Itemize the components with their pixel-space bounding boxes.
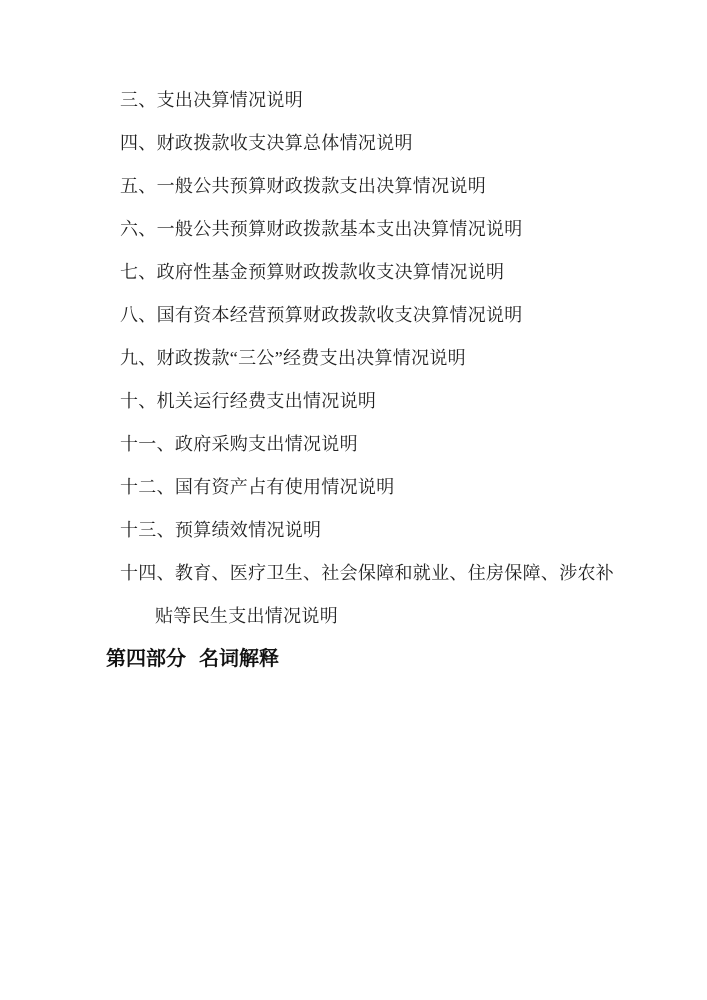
- document-page: 三、支出决算情况说明 四、财政拨款收支决算总体情况说明 五、一般公共预算财政拨款…: [0, 0, 707, 1000]
- toc-item: 十一、政府采购支出情况说明: [0, 423, 707, 466]
- section-heading-title: 名词解释: [199, 648, 279, 670]
- toc-item: 十、机关运行经费支出情况说明: [0, 380, 707, 423]
- section-heading-number: 第四部分: [106, 648, 186, 670]
- toc-item: 九、财政拨款“三公”经费支出决算情况说明: [0, 337, 707, 380]
- toc-item: 十二、国有资产占有使用情况说明: [0, 466, 707, 509]
- toc-item: 七、政府性基金预算财政拨款收支决算情况说明: [0, 251, 707, 294]
- toc-item-continuation: 贴等民生支出情况说明: [0, 595, 707, 638]
- toc-item: 十三、预算绩效情况说明: [0, 509, 707, 552]
- section-heading: 第四部分名词解释: [0, 638, 707, 681]
- toc-item: 六、一般公共预算财政拨款基本支出决算情况说明: [0, 208, 707, 251]
- table-of-contents: 三、支出决算情况说明 四、财政拨款收支决算总体情况说明 五、一般公共预算财政拨款…: [0, 79, 707, 681]
- toc-item: 五、一般公共预算财政拨款支出决算情况说明: [0, 165, 707, 208]
- toc-item: 三、支出决算情况说明: [0, 79, 707, 122]
- toc-item: 四、财政拨款收支决算总体情况说明: [0, 122, 707, 165]
- toc-item: 八、国有资本经营预算财政拨款收支决算情况说明: [0, 294, 707, 337]
- toc-item: 十四、教育、医疗卫生、社会保障和就业、住房保障、涉农补: [0, 552, 707, 595]
